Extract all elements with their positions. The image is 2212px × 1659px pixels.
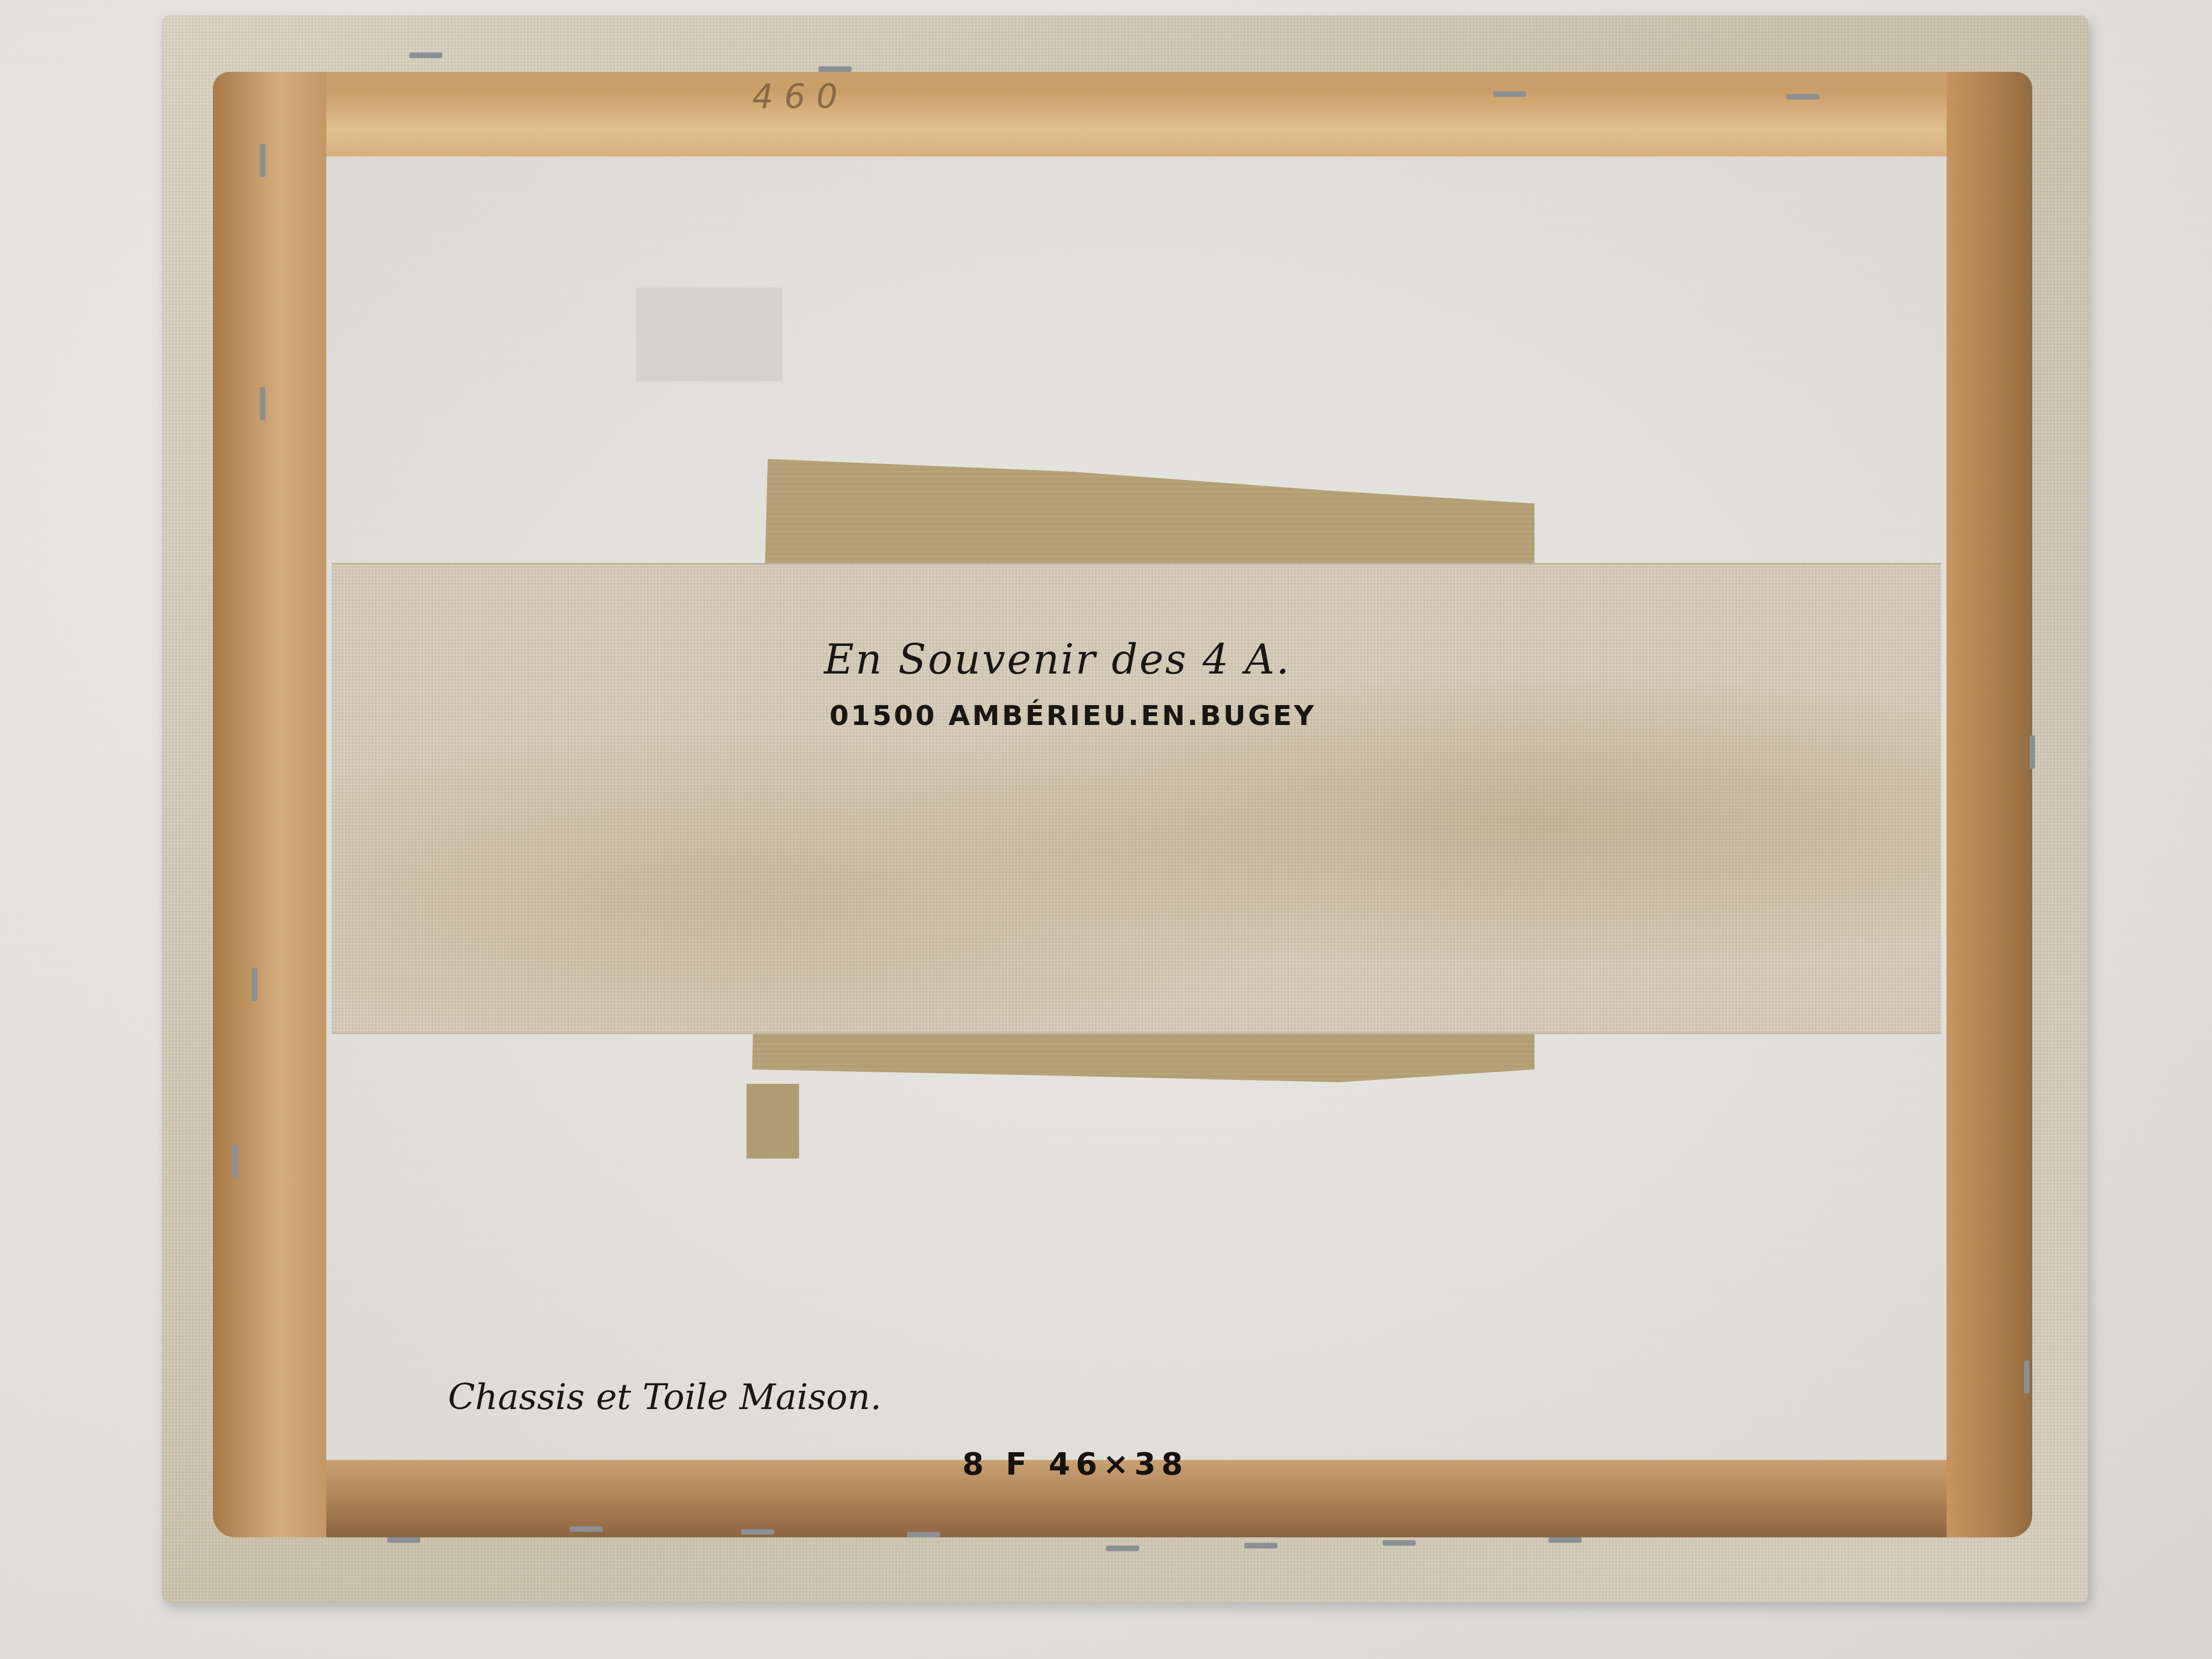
inscription-souvenir: En Souvenir des 4 A. (824, 636, 1291, 684)
staple-icon (260, 144, 265, 177)
removed-label-patch (636, 288, 782, 382)
staple-icon (1548, 1537, 1582, 1543)
staple-icon (1493, 91, 1526, 97)
inscription-address: 01500 AMBÉRIEU.EN.BUGEY (830, 700, 1316, 732)
stretcher-bar-top (326, 88, 1947, 158)
gold-paper-tab (747, 1084, 799, 1159)
linen-tape-band (332, 563, 1941, 1034)
inscription-chassis-note: Chassis et Toile Maison. (448, 1377, 881, 1418)
staple-icon (409, 53, 442, 58)
canvas-size-mark: 8 F 46×38 (962, 1446, 1188, 1482)
staple-icon (907, 1532, 940, 1537)
staple-icon (818, 66, 852, 72)
staple-icon (1106, 1546, 1139, 1551)
staple-icon (1786, 94, 1819, 100)
staple-icon (741, 1529, 774, 1535)
staple-icon (387, 1537, 420, 1543)
staple-icon (1383, 1540, 1416, 1546)
staple-icon (2030, 735, 2035, 769)
staple-icon (2024, 1360, 2030, 1394)
staple-icon (1244, 1543, 1277, 1548)
staple-icon (260, 387, 265, 420)
stretcher-bar-left (213, 72, 326, 1537)
stretcher-bar-right (1947, 72, 2032, 1537)
pencil-mark: 460 (752, 77, 849, 116)
staple-icon (232, 1145, 238, 1178)
staple-icon (570, 1526, 603, 1532)
staple-icon (252, 968, 257, 1001)
